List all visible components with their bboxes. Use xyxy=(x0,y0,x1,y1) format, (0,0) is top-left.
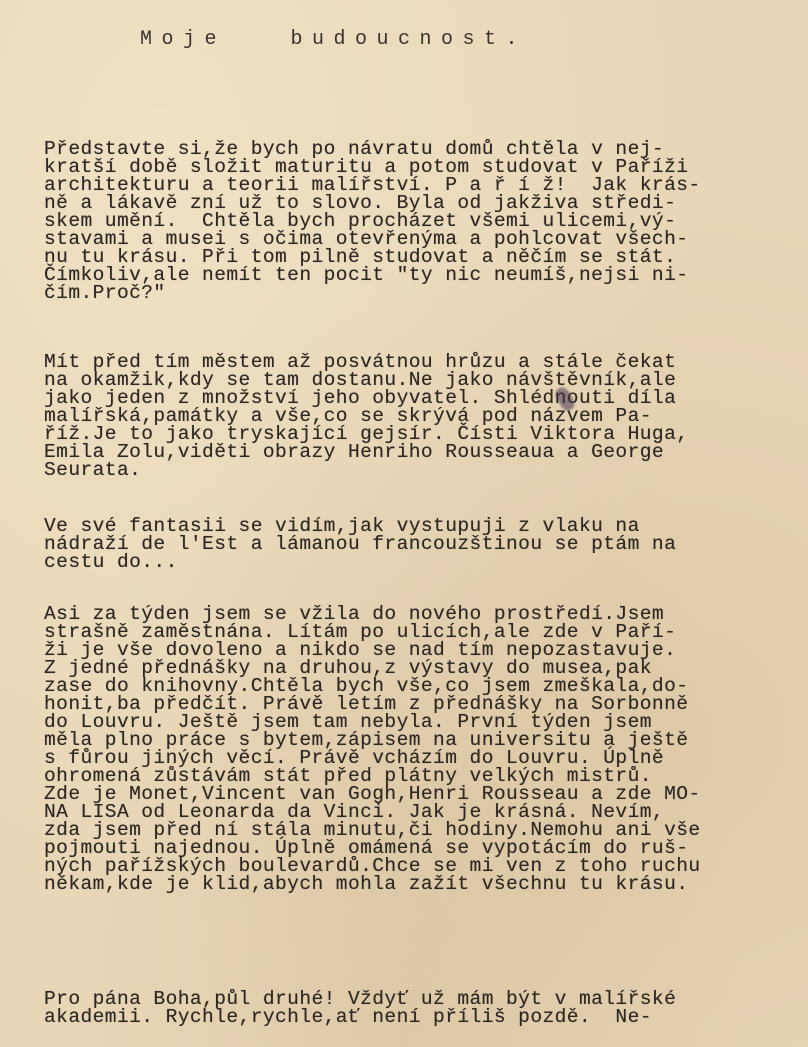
paragraph-3: Ve své fantasii se vidím,jak vystupuji z… xyxy=(44,517,676,571)
paragraph-5: Pro pána Boha,půl druhé! Vždyť už mám bý… xyxy=(44,990,676,1026)
paragraph-2: Mít před tím městem až posvátnou hrůzu a… xyxy=(44,353,688,479)
text-line: čím.Proč?" xyxy=(44,284,701,302)
text-line: akademii. Rychle,rychle,ať není příliš p… xyxy=(44,1008,676,1026)
paragraph-1: Představte si,že bych po návratu domů ch… xyxy=(44,140,701,302)
paragraph-4: Asi za týden jsem se vžila do nového pro… xyxy=(44,605,701,893)
text-line: někam,kde je klid,abych mohla zažít všec… xyxy=(44,875,701,893)
text-line: Seurata. xyxy=(44,461,688,479)
typewritten-page: Moje budoucnost. Představte si,že bych p… xyxy=(0,0,808,1047)
page-title: Moje budoucnost. xyxy=(140,28,527,51)
text-line: cestu do... xyxy=(44,553,676,571)
